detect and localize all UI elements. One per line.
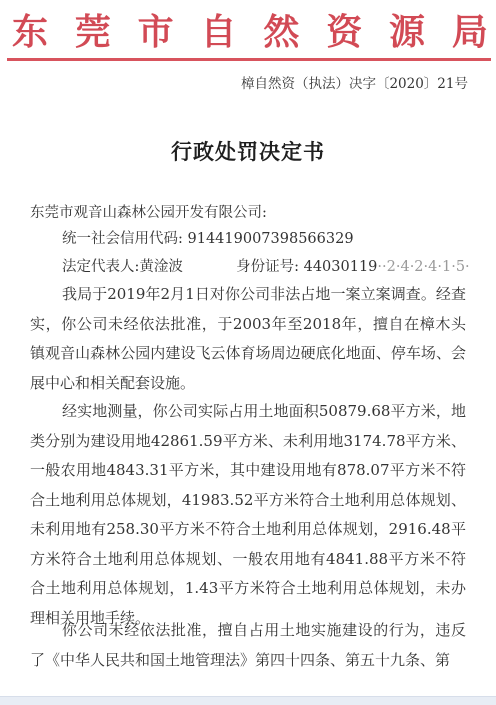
paragraph-violation: 你公司未经依法批准，擅自占用土地实施建设的行为，违反了《中华人民共和国土地管理法… [30,616,466,675]
id-number-obscured: ··2·4·2·4·1·5· [377,259,469,275]
letterhead-char: 莞 [73,4,113,55]
letterhead-char: 资 [324,4,364,55]
paragraph-measurement: 经实地测量，你公司实际占用土地面积50879.68平方米，地类分别为建设用地42… [30,397,466,633]
letterhead-char: 源 [387,4,427,55]
viewer-bottom-bar [0,696,496,705]
paragraph-investigation: 我局于2019年2月1日对你公司非法占地一案立案调查。经查实，你公司未经依法批准… [30,280,466,398]
letterhead-agency-name: 东 莞 市 自 然 资 源 局 [10,4,490,54]
id-number-value: 44030119 [304,259,378,275]
document-number: 樟自然资（执法）决字〔2020〕21号 [241,72,468,92]
letterhead-char: 自 [199,4,239,55]
letterhead-char: 东 [10,4,50,55]
id-number-label: 身份证号: [236,259,299,275]
credit-code-line: 统一社会信用代码: 914419007398566329 [62,227,354,248]
addressee: 东莞市观音山森林公园开发有限公司: [30,201,267,222]
document-title: 行政处罚决定书 [0,136,496,166]
legal-rep-label: 法定代表人: [62,259,139,275]
legal-rep-name: 黄淦波 [139,259,183,275]
legal-representative-line: 法定代表人:黄淦波 身份证号: 44030119··2·4·2·4·1·5· [62,255,470,276]
credit-code-label: 统一社会信用代码: [62,231,183,247]
letterhead-char: 局 [450,4,490,55]
letterhead-char: 然 [261,4,301,55]
credit-code-value: 914419007398566329 [188,231,354,247]
letterhead-red-divider [7,58,491,61]
letterhead-char: 市 [136,4,176,55]
